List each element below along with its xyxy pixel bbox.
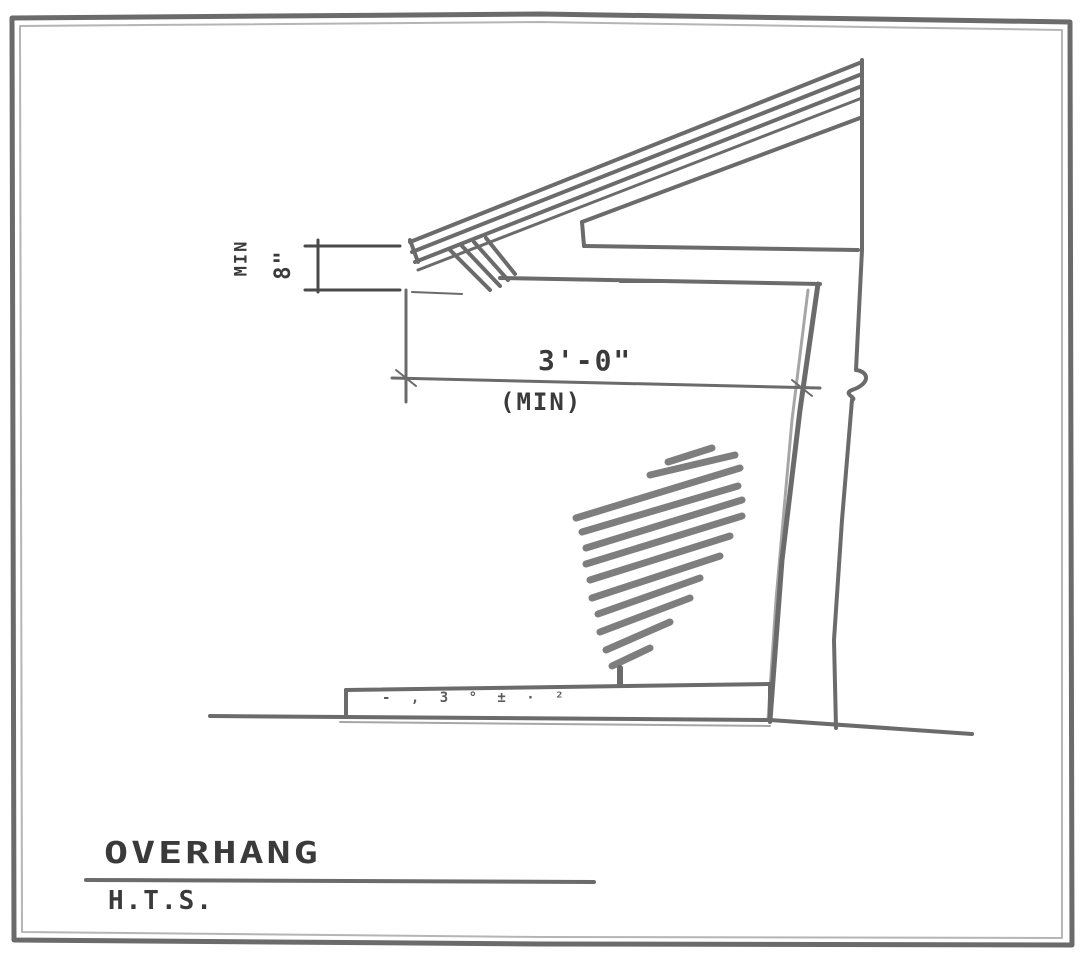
drawing-subtitle: H.T.S. — [108, 886, 214, 916]
border-frame — [12, 14, 1072, 945]
clearance-value-label: 8" — [271, 249, 296, 280]
drawing-canvas — [0, 0, 1087, 959]
roof-rafter — [410, 62, 862, 270]
clearance-min-label: MIN — [231, 240, 251, 277]
overhang-dimension-label: 3'-0" — [538, 344, 632, 377]
title-underline — [86, 880, 594, 882]
window-hatching — [576, 448, 742, 684]
break-symbol — [849, 370, 866, 400]
clearance-dimension-line — [305, 240, 462, 294]
overhang-dimension-note: (MIN) — [500, 388, 582, 416]
ground-line — [210, 716, 972, 734]
ceiling-joist — [582, 118, 860, 250]
slab-marking: - , 3 ° ± · ² — [382, 690, 570, 706]
drawing-sheet: 3'-0" (MIN) MIN 8" - , 3 ° ± · ² OVERHAN… — [0, 0, 1087, 959]
drawing-title: OVERHANG — [104, 836, 321, 871]
soffit — [500, 278, 820, 284]
exterior-wall — [768, 284, 818, 720]
